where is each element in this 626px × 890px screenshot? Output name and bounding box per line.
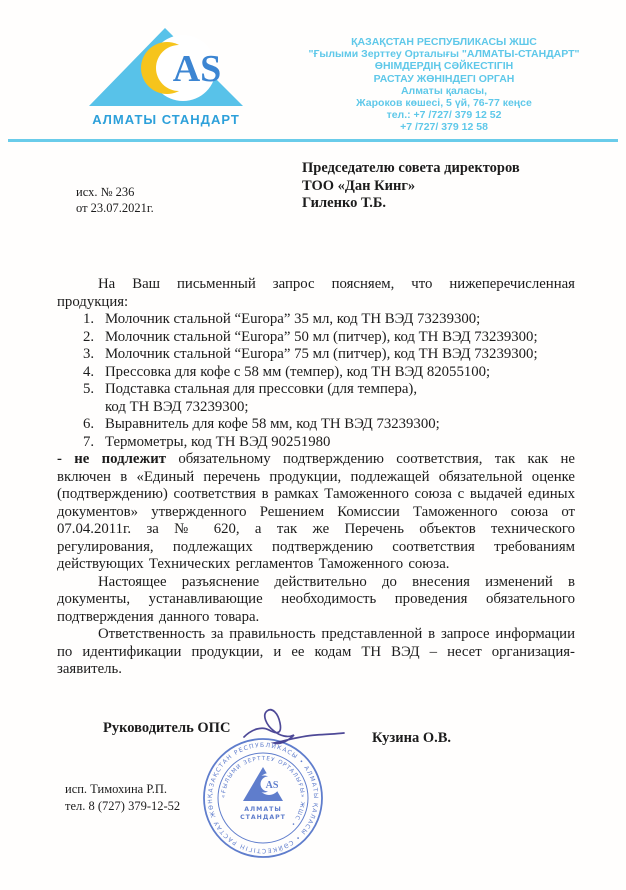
not-subject-bold-lead: - не подлежит — [57, 451, 178, 467]
org-header-line: ӨНІМДЕРДІҢ СӘЙКЕСТІГІН — [268, 60, 620, 72]
intro-paragraph: На Ваш письменный запрос поясняем, что н… — [57, 276, 575, 311]
addressee-title: Председателю совета директоров — [302, 160, 520, 178]
letterhead-divider — [8, 139, 618, 142]
list-item-text: Прессовка для кофе с 58 мм (темпер), код… — [105, 364, 575, 382]
handwritten-signature — [238, 703, 353, 751]
org-header-line: "Ғылыми Зерттеу Орталығы "АЛМАТЫ-СТАНДАР… — [268, 48, 620, 60]
list-item: 7. Термометры, код ТН ВЭД 90251980 — [57, 434, 575, 452]
executor-block: исп. Тимохина Р.П. тел. 8 (727) 379-12-5… — [65, 781, 180, 815]
reference-block: исх. № 236 от 23.07.2021г. — [76, 184, 154, 216]
not-subject-rest: обязательному подтверждению соответствия… — [57, 451, 575, 572]
outgoing-number: исх. № 236 — [76, 184, 154, 200]
logo-label: АЛМАТЫ СТАНДАРТ — [85, 112, 247, 127]
executor-phone: тел. 8 (727) 379-12-52 — [65, 798, 180, 815]
org-header-line: ҚАЗАҚСТАН РЕСПУБЛИКАСЫ ЖШС — [268, 36, 620, 48]
validity-paragraph: Настоящее разъяснение действительно до в… — [57, 574, 575, 627]
letter-body: На Ваш письменный запрос поясняем, что н… — [57, 276, 575, 679]
round-stamp: ҚАЗАҚСТАН РЕСПУБЛИКАСЫ • АЛМАТЫ ҚАЛАСЫ •… — [202, 737, 324, 859]
logo-triangle-crescent-icon: AS — [85, 26, 247, 110]
org-header-line: +7 /727/ 379 12 58 — [268, 121, 620, 133]
list-item-number: 7. — [83, 434, 105, 452]
list-item-number: 6. — [83, 416, 105, 434]
list-item-text: Молочник стальной “Europa” 35 мл, код ТН… — [105, 311, 575, 329]
addressee-block: Председателю совета директоров ТОО «Дан … — [302, 160, 520, 213]
org-header-line: Алматы қаласы, — [268, 85, 620, 97]
list-item: 1. Молочник стальной “Europa” 35 мл, код… — [57, 311, 575, 329]
list-item-number: 4. — [83, 364, 105, 382]
signer-role: Руководитель ОПС — [103, 720, 230, 737]
stamp-center-line2: СТАНДАРТ — [240, 814, 286, 821]
list-item-text: Подставка стальная для прессовки (для те… — [105, 381, 575, 416]
list-item-number: 5. — [83, 381, 105, 416]
executor-name: исп. Тимохина Р.П. — [65, 781, 180, 798]
list-item-text: Выравнитель для кофе 58 мм, код ТН ВЭД 7… — [105, 416, 575, 434]
letter-date: от 23.07.2021г. — [76, 200, 154, 216]
list-item-number: 1. — [83, 311, 105, 329]
list-item-text: Молочник стальной “Europa” 75 мл (питчер… — [105, 346, 575, 364]
list-item-number: 3. — [83, 346, 105, 364]
org-header-line: Жароков көшесі, 5 үй, 76-77 кеңсе — [268, 97, 620, 109]
stamp-center-logo: AS АЛМАТЫ СТАНДАРТ — [240, 767, 286, 821]
list-item-text: Молочник стальной “Europa” 50 мл (питчер… — [105, 329, 575, 347]
addressee-person: Гиленко Т.Б. — [302, 195, 520, 213]
org-header-line: РАСТАУ ЖӨНІНДЕГІ ОРГАН — [268, 73, 620, 85]
list-item: 5. Подставка стальная для прессовки (для… — [57, 381, 575, 416]
list-item: 2. Молочник стальной “Europa” 50 мл (пит… — [57, 329, 575, 347]
list-item: 3. Молочник стальной “Europa” 75 мл (пит… — [57, 346, 575, 364]
list-item-number: 2. — [83, 329, 105, 347]
svg-text:AS: AS — [173, 48, 222, 90]
company-logo: AS АЛМАТЫ СТАНДАРТ — [85, 26, 247, 127]
responsibility-paragraph: Ответственность за правильность представ… — [57, 626, 575, 679]
list-item: 6. Выравнитель для кофе 58 мм, код ТН ВЭ… — [57, 416, 575, 434]
product-list: 1. Молочник стальной “Europa” 35 мл, код… — [57, 311, 575, 451]
not-subject-paragraph: - не подлежит обязательному подтверждени… — [57, 451, 575, 574]
stamp-center-line1: АЛМАТЫ — [244, 806, 282, 813]
list-item-text: Термометры, код ТН ВЭД 90251980 — [105, 434, 575, 452]
org-header: ҚАЗАҚСТАН РЕСПУБЛИКАСЫ ЖШС "Ғылыми Зертт… — [268, 36, 620, 134]
list-item: 4. Прессовка для кофе с 58 мм (темпер), … — [57, 364, 575, 382]
org-header-line: тел.: +7 /727/ 379 12 52 — [268, 109, 620, 121]
letter-page: AS АЛМАТЫ СТАНДАРТ ҚАЗАҚСТАН РЕСПУБЛИКАС… — [0, 0, 626, 890]
addressee-company: ТОО «Дан Кинг» — [302, 178, 520, 196]
signer-name: Кузина О.В. — [372, 730, 451, 747]
stamp-as-letters: AS — [266, 780, 279, 791]
